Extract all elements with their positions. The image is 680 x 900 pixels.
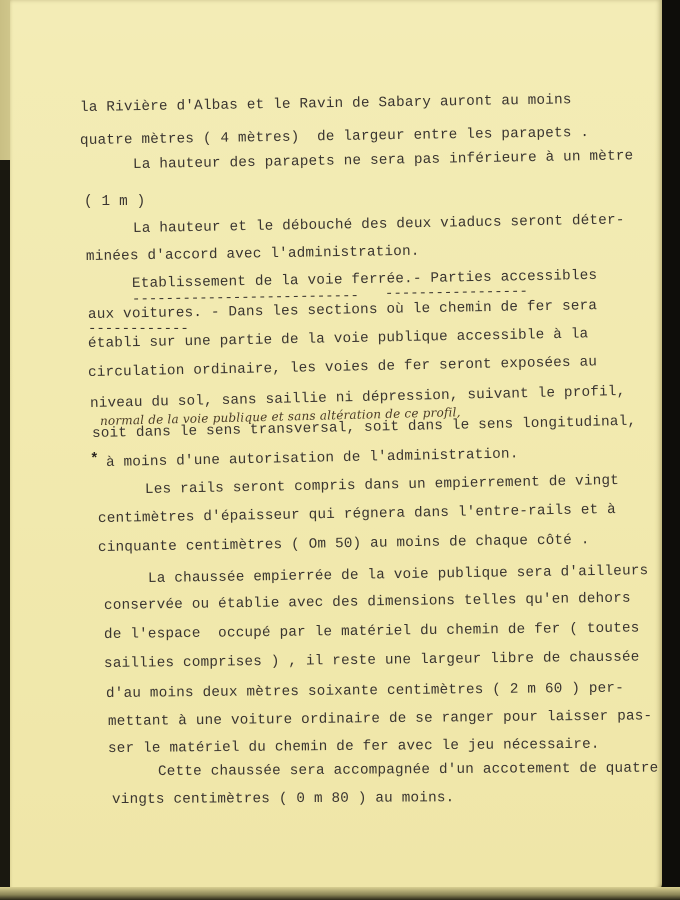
page-shadow-edge [662, 0, 680, 900]
text-line: la Rivière d'Albas et le Ravin de Sabary… [80, 92, 572, 116]
text-line: de l'espace occupé par le matériel du ch… [104, 620, 640, 643]
text-line: circulation ordinaire, les voies de fer … [88, 354, 597, 381]
text-line: centimètres d'épaisseur qui régnera dans… [98, 502, 616, 527]
margin-mark: * [90, 452, 99, 468]
text-line: Les rails seront compris dans un empierr… [145, 473, 619, 498]
text-line: d'au moins deux mètres soixante centimèt… [106, 681, 624, 702]
text-line: mettant à une voiture ordinaire de se ra… [108, 708, 652, 730]
text-line: ser le matériel du chemin de fer avec le… [108, 737, 600, 757]
text-line: ( 1 m ) [84, 194, 145, 210]
text-line: à moins d'une autorisation de l'administ… [106, 446, 519, 471]
text-line: La hauteur et le débouché des deux viadu… [133, 212, 625, 237]
text-line: La chaussée empierrée de la voie publiqu… [148, 563, 649, 587]
text-line: La hauteur des parapets ne sera pas infé… [133, 148, 634, 173]
text-line: Cette chaussée sera accompagnée d'un acc… [158, 761, 659, 780]
text-line: conservée ou établie avec des dimensions… [104, 591, 631, 614]
text-line: quatre mètres ( 4 mètres) de largeur ent… [80, 125, 589, 149]
text-line: cinquante centimètres ( Om 50) au moins … [98, 532, 590, 556]
text-line: saillies comprises ) , il reste une larg… [104, 649, 640, 672]
text-line: minées d'accord avec l'administration. [86, 244, 420, 265]
text-line: vingts centimètres ( 0 m 80 ) au moins. [112, 790, 454, 808]
typed-text-body: la Rivière d'Albas et le Ravin de Sabary… [0, 0, 662, 900]
